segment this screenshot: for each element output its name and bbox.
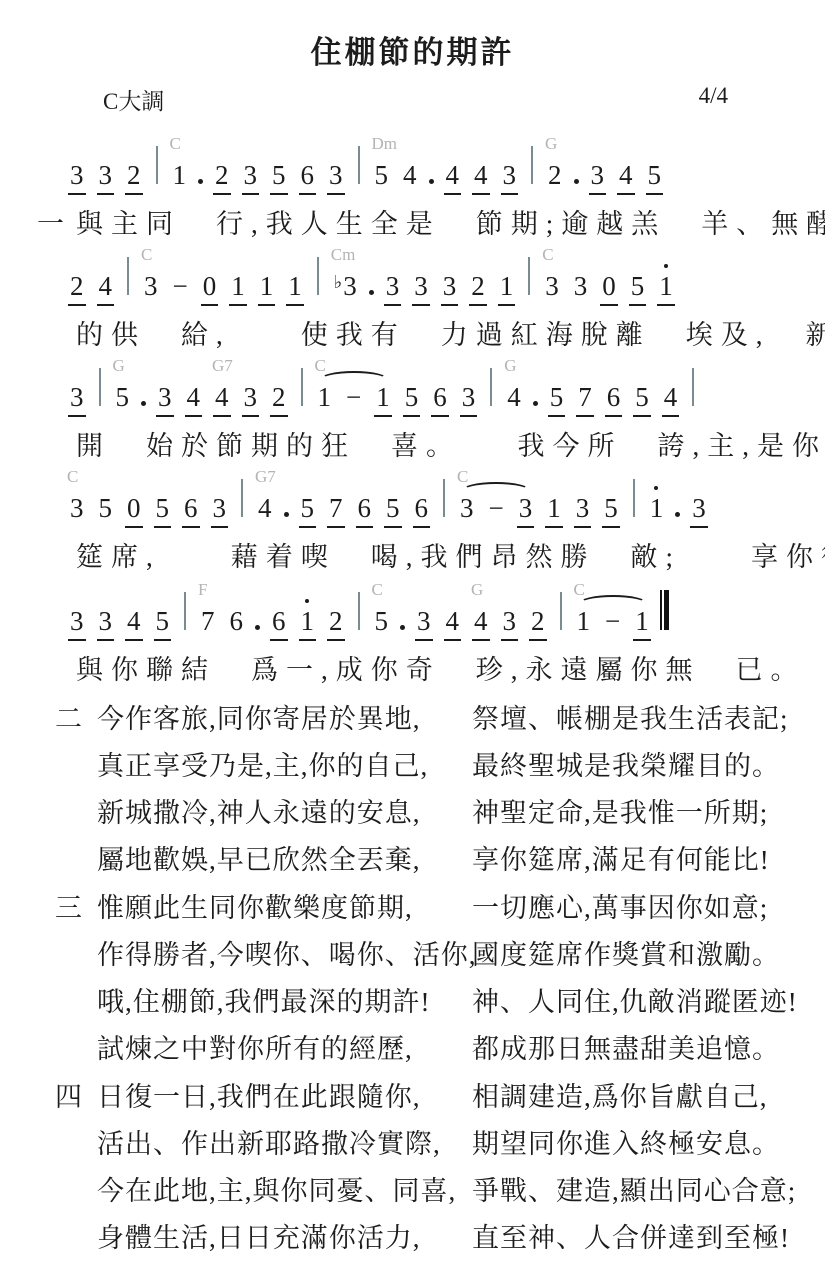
barline: [358, 146, 360, 184]
music-line: 35G344G7321C−15634G57654: [70, 338, 825, 415]
barline: [184, 592, 186, 630]
stanza-line: 作得勝者,今喫你、喝你、活你,: [97, 932, 472, 979]
barline: [99, 368, 101, 406]
note: 4: [99, 273, 113, 300]
key-signature: C大調: [103, 83, 164, 116]
chord-label: G: [545, 135, 557, 152]
note: 5C: [375, 608, 389, 635]
barline: [560, 592, 562, 630]
chord-label: C: [141, 246, 152, 263]
note: 3: [462, 384, 476, 411]
chord-label: Dm: [372, 135, 398, 152]
note: 2: [70, 273, 84, 300]
note: 3: [574, 273, 588, 300]
note: 5: [301, 495, 315, 522]
note: 3: [158, 384, 172, 411]
note: 1: [288, 273, 302, 300]
stanza-line: 今在此地,主,與你同憂、同喜,: [97, 1168, 472, 1215]
note: 2: [215, 162, 229, 189]
note: 3: [519, 495, 533, 522]
stanza-line: 直至神、人合併達到至極!: [472, 1215, 796, 1262]
rhythm-dot: [284, 512, 289, 517]
music-line: 3321C235635Dm44432G345: [70, 116, 825, 193]
note: ♭3Cm: [334, 273, 357, 300]
note: 3: [503, 608, 517, 635]
note: 6: [433, 384, 447, 411]
system-5: 33457F66125C344G321C−1與你聯結 爲一,成你奇 珍,永遠屬你…: [70, 560, 825, 671]
stanza-二: 二今作客旅,同你寄居於異地,真正享受乃是,主,你的自己,新城撒冷,神人永遠的安息…: [55, 696, 825, 884]
note: 1: [376, 384, 390, 411]
rhythm-dot: [198, 179, 203, 184]
stanza-number: 四: [55, 1074, 97, 1262]
note: 0: [203, 273, 217, 300]
note: 4: [446, 608, 460, 635]
stanza-line: 神、人同住,仇敵消蹤匿迹!: [472, 979, 798, 1026]
stanza-line: 惟願此生同你歡樂度節期,: [97, 885, 472, 932]
note: 4: [127, 608, 141, 635]
note: 2: [272, 384, 286, 411]
note: 1: [231, 273, 245, 300]
chord-label: C: [67, 468, 78, 485]
stanza-line: 祭壇、帳棚是我生活表記;: [472, 696, 789, 743]
chord-label: G: [113, 357, 125, 374]
stanza-number: 一: [37, 208, 64, 240]
barline: [633, 479, 635, 517]
chord-label: G7: [212, 357, 233, 374]
stanza-line: 今作客旅,同你寄居於異地,: [97, 696, 472, 743]
note: 5: [604, 495, 618, 522]
note: 1C: [318, 384, 332, 411]
note: 1: [650, 495, 664, 522]
stanza-right-column: 一切應心,萬事因你如意;國度筵席作獎賞和激勵。神、人同住,仇敵消蹤匿迹!都成那日…: [472, 885, 798, 1073]
note: 2: [127, 162, 141, 189]
note: 3: [692, 495, 706, 522]
barline: [692, 368, 694, 406]
stanza-section: 二今作客旅,同你寄居於異地,真正享受乃是,主,你的自己,新城撒冷,神人永遠的安息…: [55, 696, 825, 1262]
stanza-line: 日復一日,我們在此跟隨你,: [97, 1074, 472, 1121]
chord-label: F: [198, 581, 207, 598]
tie-group: 1C−1: [577, 608, 649, 635]
stanza-四: 四日復一日,我們在此跟隨你,活出、作出新耶路撒冷實際,今在此地,主,與你同憂、同…: [55, 1074, 825, 1262]
note: 3: [70, 608, 84, 635]
lyric-line: 與你聯結 爲一,成你奇 珍,永遠屬你無 已。: [70, 654, 825, 686]
chord-label: C: [315, 357, 326, 374]
note: 1: [500, 273, 514, 300]
barline: [127, 257, 129, 295]
note: 7: [329, 495, 343, 522]
note: 4G7: [258, 495, 272, 522]
note: 3C: [70, 495, 84, 522]
note: 5: [550, 384, 564, 411]
stanza-line: 真正享受乃是,主,你的自己,: [97, 743, 472, 790]
note: −: [173, 273, 188, 300]
note: 1C: [577, 608, 591, 635]
barline: [241, 479, 243, 517]
stanza-line: 爭戰、建造,顯出同心合意;: [472, 1168, 796, 1215]
rhythm-dot: [141, 401, 146, 406]
barline: [301, 368, 303, 406]
note: 3: [591, 162, 605, 189]
note: 3: [417, 608, 431, 635]
note: 5: [156, 495, 170, 522]
chord-label: C: [574, 581, 585, 598]
note: 5: [635, 384, 649, 411]
system-3: 35G344G7321C−15634G57654開 始於節期的狂 喜。 我今所 …: [70, 338, 825, 449]
system-4: 3C505634G7576563C−313513筵席, 藉着喫 喝,我們昂然勝 …: [70, 449, 825, 560]
note: 3: [576, 495, 590, 522]
note: 1: [635, 608, 649, 635]
note: 4: [187, 384, 201, 411]
note: 2: [329, 608, 343, 635]
rhythm-dot: [429, 179, 434, 184]
note: 3: [213, 495, 227, 522]
chord-label: G: [504, 357, 516, 374]
note: 2: [471, 273, 485, 300]
barline: [156, 146, 158, 184]
note: 5: [405, 384, 419, 411]
tie-group: 3C−3: [460, 495, 532, 522]
rhythm-dot: [533, 401, 538, 406]
stanza-left-column: 今作客旅,同你寄居於異地,真正享受乃是,主,你的自己,新城撒冷,神人永遠的安息,…: [97, 696, 472, 884]
note: 7: [578, 384, 592, 411]
barline: [528, 257, 530, 295]
note: 4: [619, 162, 633, 189]
rhythm-dot: [574, 179, 579, 184]
stanza-line: 期望同你進入終極安息。: [472, 1121, 796, 1168]
music-line: 3C505634G7576563C−313513: [70, 449, 825, 526]
note: 3: [99, 608, 113, 635]
note: 6: [184, 495, 198, 522]
stanza-line: 哦,住棚節,我們最深的期許!: [97, 979, 472, 1026]
stanza-number: 三: [55, 885, 97, 1073]
rhythm-dot: [255, 625, 260, 630]
note: 2G: [548, 162, 562, 189]
rhythm-dot: [400, 625, 405, 630]
note: 1: [260, 273, 274, 300]
note: 5: [99, 495, 113, 522]
note: 1: [301, 608, 315, 635]
system-1: 3321C235635Dm44432G345一與主同 行,我人生全是 節期;逾越…: [70, 116, 825, 227]
stanza-line: 都成那日無盡甜美追憶。: [472, 1026, 798, 1073]
music-line: 243C−0111♭3Cm333213C3051: [70, 227, 825, 304]
note: 3: [70, 384, 84, 411]
stanza-left-column: 日復一日,我們在此跟隨你,活出、作出新耶路撒冷實際,今在此地,主,與你同憂、同喜…: [97, 1074, 472, 1262]
time-signature: 4/4: [699, 83, 728, 116]
note: 0: [602, 273, 616, 300]
stanza-right-column: 祭壇、帳棚是我生活表記;最終聖城是我榮耀目的。神聖定命,是我惟一所期;享你筵席,…: [472, 696, 789, 884]
stanza-line: 活出、作出新耶路撒冷實際,: [97, 1121, 472, 1168]
note: 6: [272, 608, 286, 635]
note: 6: [415, 495, 429, 522]
rhythm-dot: [369, 290, 374, 295]
music-line: 33457F66125C344G321C−1: [70, 560, 825, 639]
rhythm-dot: [675, 512, 680, 517]
note: 3: [386, 273, 400, 300]
stanza-line: 享你筵席,滿足有何能比!: [472, 837, 789, 884]
stanza-line: 最終聖城是我榮耀目的。: [472, 743, 789, 790]
tie-group: 1C−1: [318, 384, 390, 411]
stanza-line: 相調建造,爲你旨獻自己,: [472, 1074, 796, 1121]
chord-label: C: [542, 246, 553, 263]
note: 1C: [173, 162, 187, 189]
chord-label: C: [372, 581, 383, 598]
lyric-text: 與你聯結 爲一,成你奇 珍,永遠屬你無 已。: [76, 655, 806, 685]
note: 1: [659, 273, 673, 300]
note: 3: [443, 273, 457, 300]
note: 6: [301, 162, 315, 189]
barline: [443, 479, 445, 517]
stanza-right-column: 相調建造,爲你旨獻自己,期望同你進入終極安息。爭戰、建造,顯出同心合意;直至神、…: [472, 1074, 796, 1262]
note: 3: [329, 162, 343, 189]
score: 3321C235635Dm44432G345一與主同 行,我人生全是 節期;逾越…: [70, 116, 825, 671]
note: −: [489, 495, 504, 522]
note: 2: [531, 608, 545, 635]
hymn-title: 住棚節的期許: [0, 0, 825, 71]
note: −: [346, 384, 361, 411]
stanza-line: 神聖定命,是我惟一所期;: [472, 790, 789, 837]
note: 6: [230, 608, 244, 635]
note: 7F: [201, 608, 215, 635]
note: 3: [99, 162, 113, 189]
note: 4G: [507, 384, 521, 411]
note: 6: [607, 384, 621, 411]
stanza-line: 一切應心,萬事因你如意;: [472, 885, 798, 932]
note: 5: [648, 162, 662, 189]
note: 5Dm: [375, 162, 389, 189]
note: 3C: [460, 495, 474, 522]
note: 5: [272, 162, 286, 189]
chord-label: C: [170, 135, 181, 152]
stanza-line: 試煉之中對你所有的經歷,: [97, 1026, 472, 1073]
chord-label: G: [471, 581, 483, 598]
note: −: [605, 608, 620, 635]
flat-sign: ♭: [334, 272, 343, 292]
chord-label: G7: [255, 468, 276, 485]
note: 4: [664, 384, 678, 411]
note: 4: [446, 162, 460, 189]
stanza-line: 屬地歡娛,早已欣然全丟棄,: [97, 837, 472, 884]
meta-row: C大調 4/4: [103, 83, 728, 116]
note: 5: [386, 495, 400, 522]
note: 3: [70, 162, 84, 189]
note: 4: [474, 162, 488, 189]
note: 5: [156, 608, 170, 635]
note: 5G: [116, 384, 130, 411]
note: 3: [244, 384, 258, 411]
note: 3: [503, 162, 517, 189]
stanza-number: 二: [55, 696, 97, 884]
chord-label: C: [457, 468, 468, 485]
stanza-left-column: 惟願此生同你歡樂度節期,作得勝者,今喫你、喝你、活你,哦,住棚節,我們最深的期許…: [97, 885, 472, 1073]
barline: [358, 592, 360, 630]
note: 0: [127, 495, 141, 522]
barline: [531, 146, 533, 184]
note: 4G7: [215, 384, 229, 411]
stanza-line: 身體生活,日日充滿你活力,: [97, 1215, 472, 1262]
note: 3C: [144, 273, 158, 300]
note: 4G: [474, 608, 488, 635]
note: 5: [631, 273, 645, 300]
barline: [490, 368, 492, 406]
note: 3: [414, 273, 428, 300]
chord-label: Cm: [331, 246, 356, 263]
note: 6: [358, 495, 372, 522]
barline: [317, 257, 319, 295]
note: 3: [244, 162, 258, 189]
final-barline: [660, 590, 669, 630]
system-2: 243C−0111♭3Cm333213C3051的供 給, 使我有 力過紅海脫離…: [70, 227, 825, 338]
note: 4: [403, 162, 417, 189]
stanza-line: 國度筵席作獎賞和激勵。: [472, 932, 798, 979]
note: 1: [547, 495, 561, 522]
stanza-line: 新城撒冷,神人永遠的安息,: [97, 790, 472, 837]
note: 3C: [545, 273, 559, 300]
stanza-三: 三惟願此生同你歡樂度節期,作得勝者,今喫你、喝你、活你,哦,住棚節,我們最深的期…: [55, 885, 825, 1073]
